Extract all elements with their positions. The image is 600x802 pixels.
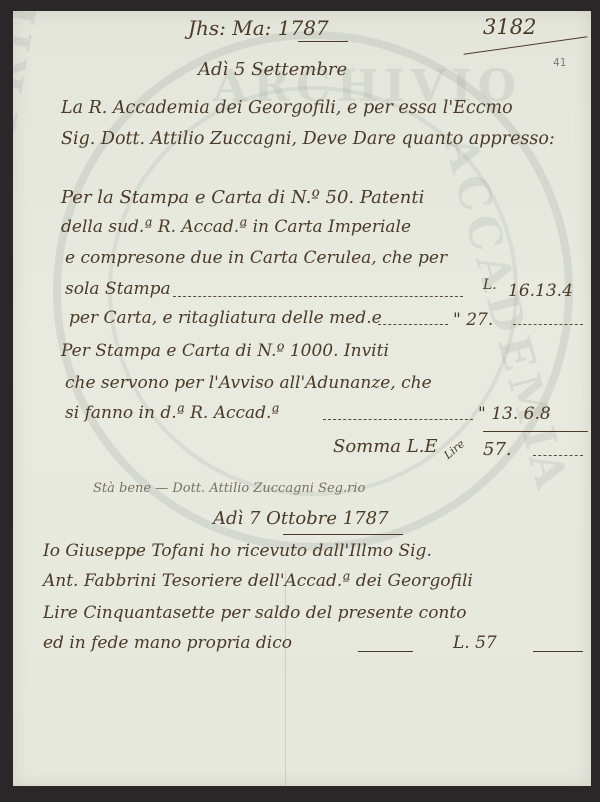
receipt-date: Adì 7 Ottobre 1787 bbox=[213, 508, 389, 529]
receipt-line-1: Io Giuseppe Tofani ho ricevuto dall'Illm… bbox=[43, 541, 432, 561]
leader-line bbox=[173, 296, 463, 297]
approval-note: Stà bene — Dott. Attilio Zuccagni Seg.ri… bbox=[93, 481, 365, 496]
leader-line bbox=[533, 651, 583, 652]
item-2-line-1: per Carta, e ritagliatura delle med.e bbox=[69, 308, 382, 328]
total-rule bbox=[483, 431, 588, 432]
total-label: Somma L.E bbox=[333, 436, 438, 457]
item-1-line-3: e compresone due in Carta Cerulea, che p… bbox=[65, 248, 447, 268]
archive-number-underline bbox=[464, 36, 588, 54]
item-1-line-4: sola Stampa bbox=[65, 279, 171, 299]
leader-line bbox=[358, 651, 413, 652]
item-3-amount: " 13. 6.8 bbox=[478, 404, 551, 424]
year-underline bbox=[298, 41, 348, 42]
intro-line-1: La R. Accademia dei Georgofili, e per es… bbox=[61, 98, 513, 118]
receipt-line-4: ed in fede mano propria dico bbox=[43, 633, 292, 653]
receipt-date-underline bbox=[283, 534, 403, 535]
item-2-amount: " 27. bbox=[453, 310, 493, 330]
item-1-line-1: Per la Stampa e Carta di N.º 50. Patenti bbox=[61, 187, 424, 208]
item-3-line-3: si fanno in d.ª R. Accad.ª bbox=[65, 403, 280, 423]
archive-number: 3182 bbox=[483, 15, 536, 39]
invocation-heading: Jhs: Ma: 1787 bbox=[188, 16, 329, 40]
leader-line bbox=[513, 324, 583, 325]
item-3-line-1: Per Stampa e Carta di N.º 1000. Inviti bbox=[61, 341, 389, 361]
receipt-line-3: Lire Cinquantasette per saldo del presen… bbox=[43, 603, 466, 623]
item-3-line-2: che servono per l'Avviso all'Adunanze, c… bbox=[65, 373, 432, 393]
seal-text-left: PROPRIETÀ bbox=[13, 11, 64, 260]
intro-line-2: Sig. Dott. Attilio Zuccagni, Deve Dare q… bbox=[61, 129, 555, 149]
folio-number: 41 bbox=[553, 56, 566, 69]
leader-line bbox=[323, 419, 473, 420]
total-amount: 57. bbox=[483, 439, 512, 460]
leader-line bbox=[378, 324, 448, 325]
item-1-amount: 16.13.4 bbox=[508, 281, 573, 301]
item-1-line-2: della sud.ª R. Accad.ª in Carta Imperial… bbox=[61, 217, 411, 237]
manuscript-page: ARCHIVIO PROPRIETÀ ACCADEMIA 3182 41 Jhs… bbox=[13, 11, 591, 786]
item-1-currency: L. bbox=[483, 277, 497, 293]
receipt-amount: L. 57 bbox=[453, 633, 497, 653]
document-date: Adì 5 Settembre bbox=[198, 59, 347, 80]
leader-line bbox=[533, 455, 583, 456]
receipt-line-2: Ant. Fabbrini Tesoriere dell'Accad.ª dei… bbox=[43, 571, 473, 591]
